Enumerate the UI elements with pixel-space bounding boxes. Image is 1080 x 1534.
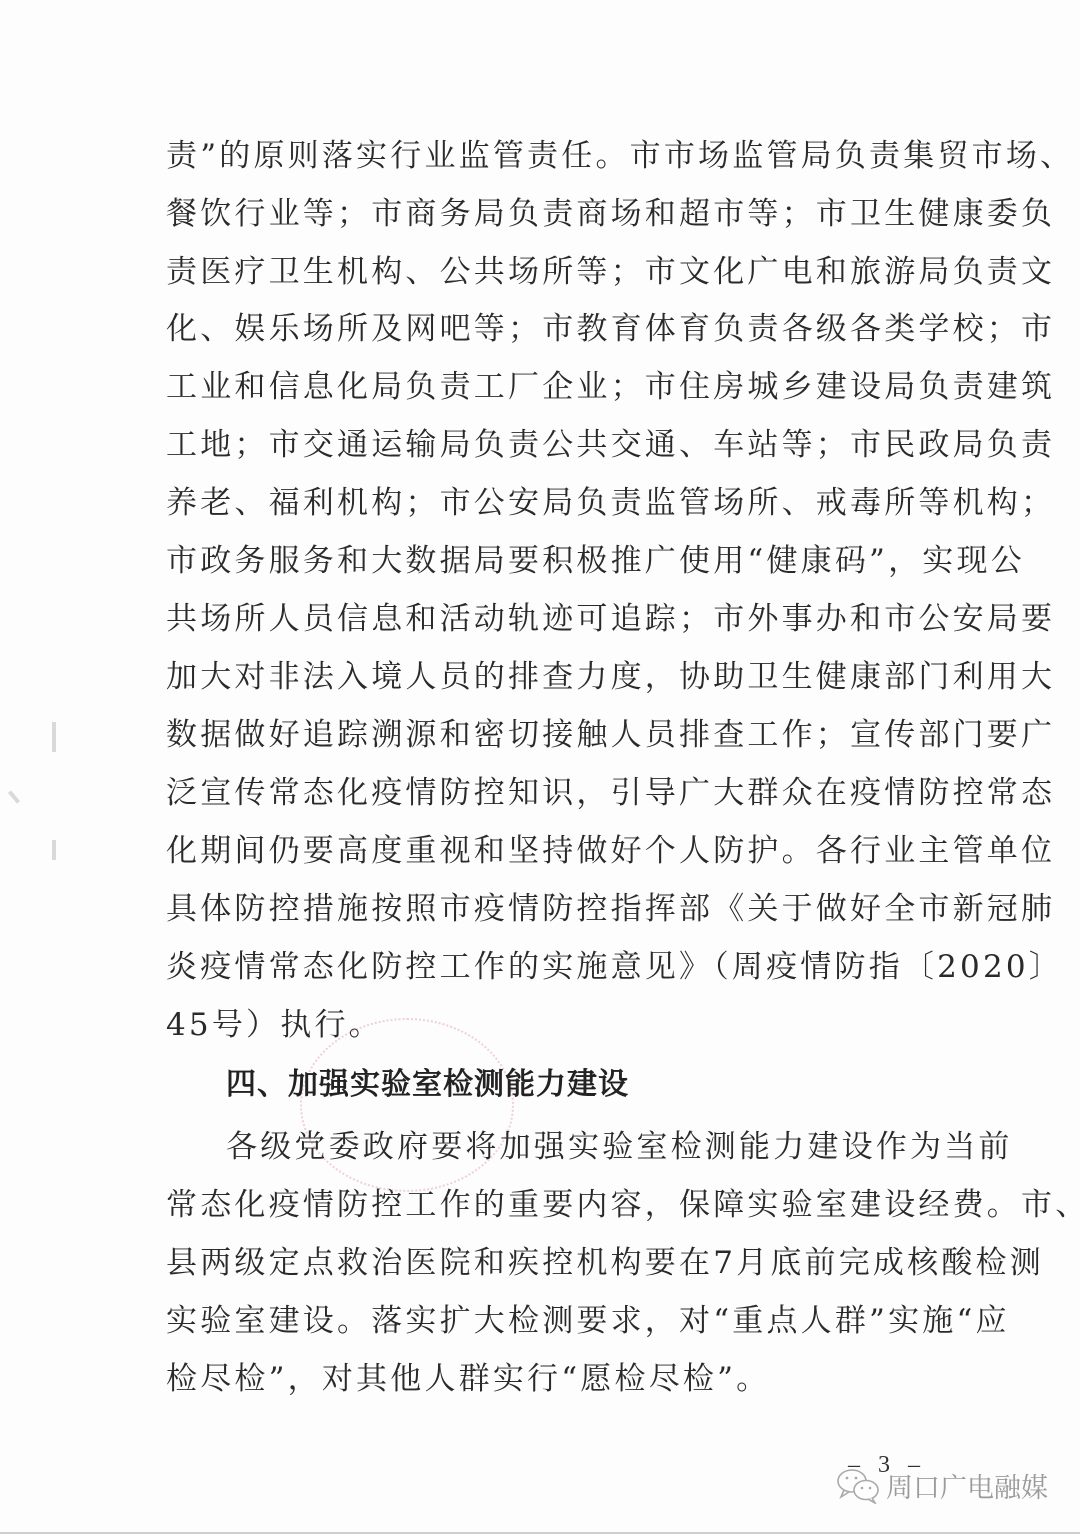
text-line: 加大对非法入境人员的排查力度，协助卫生健康部门利用大 — [166, 648, 928, 706]
account-watermark: 周口广电融媒 — [836, 1466, 1048, 1505]
text-line: 责医疗卫生机构、公共场所等；市文化广电和旅游局负责文 — [166, 243, 928, 301]
document-page: 责”的原则落实行业监管责任。市市场监管局负责集贸市场、 餐饮行业等；市商务局负责… — [0, 0, 1080, 1534]
scan-artifact — [52, 722, 56, 752]
text-line: 养老、福利机构；市公安局负责监管场所、戒毒所等机构； — [166, 474, 928, 532]
text-line: 实验室建设。落实扩大检测要求，对“重点人群”实施“应 — [166, 1292, 928, 1350]
text-line: 工业和信息化局负责工厂企业；市住房城乡建设局负责建筑 — [166, 358, 928, 416]
section-heading: 四、加强实验室检测能力建设 — [226, 1056, 629, 1114]
text-line: 泛宣传常态化疫情防控知识，引导广大群众在疫情防控常态 — [166, 764, 928, 822]
text-line: 检尽检”，对其他人群实行“愿检尽检”。 — [166, 1350, 928, 1408]
text-line: 化、娱乐场所及网吧等；市教育体育负责各级各类学校；市 — [166, 300, 928, 358]
text-line: 市政务服务和大数据局要积极推广使用“健康码”，实现公 — [166, 532, 928, 590]
text-line: 45号）执行。 — [166, 996, 928, 1054]
text-line: 县两级定点救治医院和疾控机构要在7月底前完成核酸检测 — [166, 1234, 928, 1292]
text-line: 炎疫情常态化防控工作的实施意见》（周疫情防指〔2020〕 — [166, 938, 928, 996]
wechat-icon — [836, 1468, 882, 1504]
text-line: 责”的原则落实行业监管责任。市市场监管局负责集贸市场、 — [166, 127, 928, 185]
account-name: 周口广电融媒 — [886, 1466, 1048, 1505]
scan-artifact — [52, 840, 56, 860]
text-line: 常态化疫情防控工作的重要内容，保障实验室建设经费。市、 — [166, 1176, 928, 1234]
text-line: 工地；市交通运输局负责公共交通、车站等；市民政局负责 — [166, 416, 928, 474]
text-line: 餐饮行业等；市商务局负责商场和超市等；市卫生健康委负 — [166, 185, 928, 243]
text-line: 各级党委政府要将加强实验室检测能力建设作为当前 — [226, 1118, 928, 1176]
text-line: 具体防控措施按照市疫情防控指挥部《关于做好全市新冠肺 — [166, 880, 928, 938]
text-line: 数据做好追踪溯源和密切接触人员排查工作；宣传部门要广 — [166, 706, 928, 764]
scan-artifact — [8, 790, 20, 803]
text-line: 共场所人员信息和活动轨迹可追踪；市外事办和市公安局要 — [166, 590, 928, 648]
text-line: 化期间仍要高度重视和坚持做好个人防护。各行业主管单位 — [166, 822, 928, 880]
